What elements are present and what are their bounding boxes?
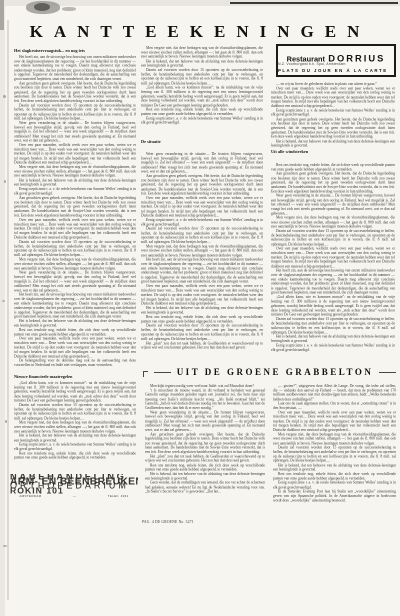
body-paragraph: Aan geruchten geen gebrek overigens. Het… bbox=[271, 117, 395, 139]
article-body: „God allein kann, wie es kommen musste”:… bbox=[14, 381, 136, 460]
body-paragraph: Men vergete niet, dat deze bedragen nog … bbox=[141, 244, 263, 257]
body-paragraph: Het is bekend, dat ten behoeve van de af… bbox=[14, 319, 136, 328]
ad-restaurant-name: DORRIUS bbox=[328, 56, 385, 60]
body-paragraph: Eenig scepticisme t. a. v. de reëele bet… bbox=[14, 187, 136, 196]
body-paragraph: Het is bekend, dat ten behoeve van de af… bbox=[271, 139, 395, 148]
body-paragraph: „God allein kann, wie es kommen musste”:… bbox=[14, 381, 136, 403]
section-heading: UIT DE GROENE GRABBELTON bbox=[177, 367, 374, 377]
body-paragraph: Daarin zal voorzien worden door 15 opcen… bbox=[141, 68, 263, 86]
body-paragraph: De belangstelling voor de defensie mag o… bbox=[14, 359, 136, 368]
body-paragraph: Over een paar maanden, wellicht reeds ov… bbox=[14, 337, 136, 359]
body-paragraph: Het is bekend, dat ten behoeve van de af… bbox=[141, 306, 263, 315]
article-heading: De situatie bbox=[141, 139, 263, 144]
body-paragraph: Aan geruchten geen gebrek overigens. Het… bbox=[141, 174, 263, 196]
scan-artifact bbox=[0, 0, 400, 6]
article-situatie: Weer geen verandering in de situatie....… bbox=[141, 152, 263, 362]
body-paragraph: Over een paar maanden, wellicht reeds ov… bbox=[271, 247, 395, 269]
scan-artifact bbox=[4, 180, 6, 183]
body-paragraph: Het is bekend, dat ten behoeve van de af… bbox=[141, 59, 263, 68]
article-financieel: Nieuwe financieele maatregelen „God alle… bbox=[14, 374, 136, 466]
article-body: Het heeft zin, aan de uitvoerige beschou… bbox=[14, 55, 136, 367]
page-title: KANTTEEKENINGEN bbox=[0, 22, 400, 42]
body-paragraph: ’t Is misschien de moeite waard, in dit … bbox=[145, 388, 265, 410]
scan-artifact bbox=[7, 20, 9, 600]
body-paragraph: Rest ons tenslotte nog, enkele feiten, d… bbox=[14, 328, 136, 337]
body-paragraph: Men vergete niet, dat deze bedragen nog … bbox=[271, 216, 395, 229]
body-paragraph: Het is bekend, dat ten behoeve van de af… bbox=[14, 434, 136, 443]
body-paragraph: Daarin zal voorzien worden door 15 opcen… bbox=[14, 240, 136, 258]
body-paragraph: Eenig scepticisme t. a. v. de reëele bet… bbox=[141, 116, 263, 125]
horizontal-rule bbox=[379, 372, 396, 373]
body-paragraph: Weer geen verandering in de situatie....… bbox=[141, 152, 263, 174]
article-heading: Nieuwe financieele maatregelen bbox=[14, 374, 136, 379]
body-paragraph: Eenig scepticisme t. a. v. de reëele bet… bbox=[141, 218, 263, 227]
body-paragraph: Weer geen verandering in de situatie....… bbox=[271, 194, 395, 216]
body-paragraph: Rest ons tenslotte nog, enkele feiten, d… bbox=[141, 315, 263, 324]
body-paragraph: Eenig scepticisme t. a. v. de reëele bet… bbox=[273, 481, 396, 490]
dorrius-ad: Restaurant DORRIUS N.Z. Voorburgwal b.h.… bbox=[276, 44, 396, 77]
body-paragraph: Men vergete niet, dat deze bedragen nog … bbox=[14, 257, 136, 270]
body-paragraph: Over een paar maanden, wellicht reeds ov… bbox=[14, 143, 136, 165]
body-paragraph: Daarin zal voorzien worden door 15 opcen… bbox=[271, 229, 395, 247]
scan-artifact bbox=[34, 3, 50, 11]
body-paragraph: Over een paar maanden, wellicht reeds ov… bbox=[271, 86, 395, 108]
body-paragraph: Weer geen verandering in de situatie....… bbox=[145, 410, 265, 432]
rule-corner bbox=[143, 371, 148, 377]
scan-artifact bbox=[5, 420, 7, 423]
scan-artifact bbox=[3, 545, 7, 547]
body-paragraph: „... gezien?”, uitgegeven door Allert de… bbox=[273, 384, 396, 402]
body-paragraph: Het „plan” zou dan tot taak hebben, de G… bbox=[145, 454, 265, 463]
grabbelton-left-column: Men kijkt tegenwoordig weer veel naar It… bbox=[145, 384, 265, 519]
scan-artifact bbox=[26, 1, 60, 14]
body-paragraph: Over een paar maanden, wellicht reeds ov… bbox=[141, 284, 263, 306]
body-paragraph: Weer geen verandering in de situatie....… bbox=[14, 271, 136, 293]
body-paragraph: Het „plan” zou dan tot taak hebben, de G… bbox=[141, 341, 263, 350]
body-paragraph: Rest ons tenslotte nog, enkele feiten, d… bbox=[271, 163, 395, 172]
article-body: „... gezien?”, uitgegeven door Allert de… bbox=[273, 384, 396, 503]
body-paragraph: „God allein kann, wie es kommen musste”:… bbox=[271, 295, 395, 317]
ad-title-line: Restaurant DORRIUS bbox=[278, 56, 394, 61]
page-footer: PAG. 4 DE GROENE No. 3271 bbox=[142, 520, 212, 528]
body-paragraph: Daarin zal voorzien worden door 15 opcen… bbox=[141, 227, 263, 245]
article-body: Rest ons tenslotte nog, enkele feiten, d… bbox=[271, 163, 395, 352]
horizontal-rule bbox=[154, 372, 171, 373]
body-paragraph: Aan geruchten geen gebrek overigens. Het… bbox=[14, 81, 136, 103]
body-paragraph: Daarin zal voorzien worden door 15 opcen… bbox=[14, 403, 136, 421]
scan-artifact bbox=[2, 300, 5, 302]
body-paragraph: Eenig scepticisme t. a. v. de reëele bet… bbox=[271, 108, 395, 117]
heading-situatie: De situatie bbox=[141, 139, 263, 149]
body-paragraph: Daarin zal voorzien worden door 15 opcen… bbox=[273, 446, 396, 464]
column3-continuation: — en wij nu liever de gelederen sluiten … bbox=[271, 82, 395, 148]
body-paragraph: Het is bekend, dat ten behoeve van de af… bbox=[145, 472, 265, 481]
body-paragraph: Het heeft zin, aan de uitvoerige beschou… bbox=[14, 293, 136, 319]
body-paragraph: Men vergete niet, dat deze bedragen nog … bbox=[273, 432, 396, 445]
body-paragraph: Het heeft zin, aan de uitvoerige beschou… bbox=[271, 269, 395, 295]
dash-divider: — bbox=[73, 494, 76, 498]
orthopedarium-ad: NABEHANDELING ARM- EN BEENBREUKEN ORTHOP… bbox=[10, 474, 138, 516]
scan-artifact bbox=[0, 0, 5, 616]
body-paragraph: Rest ons tenslotte nog, enkele feiten, d… bbox=[145, 463, 265, 472]
article-body: Men vergete niet, dat deze bedragen nog … bbox=[141, 46, 263, 125]
body-paragraph: Laat ons de zaak algemeen stellen. Om te… bbox=[273, 402, 396, 411]
body-paragraph: Eenig scepticisme t. a. v. de reëele bet… bbox=[14, 443, 136, 452]
body-paragraph: Geen wonder, dat de onthullingen van iem… bbox=[145, 481, 265, 494]
grabbelton-section-header: UIT DE GROENE GRABBELTON bbox=[143, 366, 396, 378]
scan-artifact bbox=[62, 7, 76, 11]
column2-continuation: Men vergete niet, dat deze bedragen nog … bbox=[141, 46, 263, 136]
body-paragraph: Daarin zal voorzien worden door 15 opcen… bbox=[271, 317, 395, 335]
ad-tagline: PLATS DU JOUR EN Á LA CARTE bbox=[278, 68, 394, 72]
body-paragraph: Men vergete niet, dat deze bedragen nog … bbox=[14, 421, 136, 434]
article-body: — en wij nu liever de gelederen sluiten … bbox=[271, 82, 395, 148]
body-paragraph: Rest ons tenslotte nog, enkele feiten, d… bbox=[14, 451, 136, 460]
body-paragraph: „God allein kann, wie es kommen musste”:… bbox=[141, 86, 263, 108]
scan-artifact bbox=[230, 2, 398, 4]
body-paragraph: Over een paar maanden, wellicht reeds ov… bbox=[141, 196, 263, 218]
ad-contact-line: AMSTERDAM — TELEF. 4961 bbox=[10, 494, 138, 498]
article-heading: Uit alle windstreken bbox=[271, 149, 395, 154]
body-paragraph: Het is bekend, dat ten behoeve van de af… bbox=[271, 335, 395, 344]
article-heading: Het slagkruiservraagstuk... en nog iets bbox=[14, 48, 136, 53]
body-paragraph: Het is bekend, dat ten behoeve van de af… bbox=[273, 463, 396, 472]
heading-windstreken: Uit alle windstreken bbox=[271, 149, 395, 159]
body-paragraph: Men vergete niet, dat deze bedragen nog … bbox=[14, 165, 136, 178]
body-paragraph: Aan geruchten geen gebrek overigens. Het… bbox=[145, 432, 265, 454]
body-paragraph: Het heeft zin, aan de uitvoerige beschou… bbox=[14, 55, 136, 81]
article-slagkruiser: Het slagkruiservraagstuk... en nog iets … bbox=[14, 48, 136, 371]
scan-artifact bbox=[3, 95, 6, 98]
body-paragraph: Over een paar maanden, wellicht reeds ov… bbox=[273, 410, 396, 432]
body-paragraph: Men vergete niet, dat deze bedragen nog … bbox=[141, 46, 263, 59]
body-paragraph: Daarin zal voorzien worden door 15 opcen… bbox=[141, 324, 263, 342]
body-paragraph: In de Saturday Evening Post laat hij Sta… bbox=[273, 490, 396, 503]
article-body: Weer geen verandering in de situatie....… bbox=[141, 152, 263, 350]
body-paragraph: Aan geruchten geen gebrek overigens. Het… bbox=[14, 196, 136, 218]
ad-city: AMSTERDAM bbox=[19, 494, 41, 498]
body-paragraph: Daarin zal voorzien worden door 15 opcen… bbox=[14, 103, 136, 121]
body-paragraph: Aan geruchten geen gebrek overigens. Het… bbox=[271, 172, 395, 194]
body-paragraph: Rest ons tenslotte nog, enkele feiten, d… bbox=[141, 108, 263, 117]
body-paragraph: Weer geen verandering in de situatie....… bbox=[14, 121, 136, 143]
grabbelton-right-column: „... gezien?”, uitgegeven door Allert de… bbox=[273, 384, 396, 520]
ad-prefix: Restaurant bbox=[287, 57, 325, 61]
article-body: Men kijkt tegenwoordig weer veel naar It… bbox=[145, 384, 265, 494]
body-paragraph: Het heeft zin, aan de uitvoerige beschou… bbox=[141, 258, 263, 284]
body-paragraph: Het is bekend, dat ten behoeve van de af… bbox=[14, 178, 136, 187]
body-paragraph: Eenig scepticisme t. a. v. de reëele bet… bbox=[271, 343, 395, 352]
article-windstreken: Rest ons tenslotte nog, enkele feiten, d… bbox=[271, 163, 395, 361]
body-paragraph: Over een paar maanden, wellicht reeds ov… bbox=[14, 218, 136, 240]
body-paragraph: Rest ons tenslotte nog, enkele feiten, d… bbox=[273, 472, 396, 481]
ad-phone: TELEF. 4961 bbox=[108, 494, 129, 498]
